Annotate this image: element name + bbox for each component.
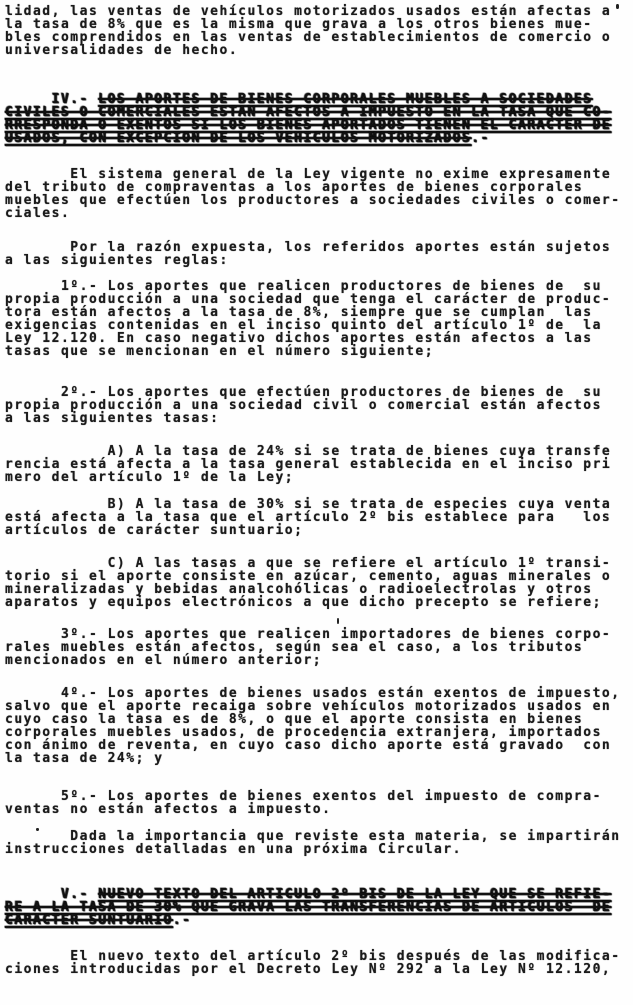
text-line: mencionados en el número anterior; [5,654,631,667]
paragraph: El nuevo texto del artículo 2º bis despu… [5,950,631,976]
paragraph: 4º.- Los aportes de bienes usados están … [5,687,631,765]
heading-line: CARACTER SUNTUARIO.- [5,914,631,927]
paragraph: C) A las tasas a que se refiere el artíc… [5,557,631,609]
heading-underlined-text: USADOS, CON EXCEPCION DE LOS VEHICULOS M… [5,131,471,146]
paragraph: 2º.- Los aportes que efectúen productore… [5,386,631,425]
paragraph: Dada la importancia que reviste esta mat… [5,830,631,856]
paragraph: 5º.- Los aportes de bienes exentos del i… [5,790,631,816]
text-line: ciales. [5,207,631,220]
paragraph: 3º.- Los aportes que realicen importador… [5,628,631,667]
text-line: artículos de carácter suntuario; [5,524,631,537]
section-heading: V.- NUEVO TEXTO DEL ARTICULO 2º BIS DE L… [5,888,631,927]
text-line: a las siguientes reglas: [5,254,631,267]
text-line: instrucciones detalladas en una próxima … [5,843,631,856]
text-line: muebles que efectúen los productores a s… [5,194,631,207]
text-line: mero del artículo 1º de la Ley; [5,471,631,484]
heading-line: USADOS, CON EXCEPCION DE LOS VEHICULOS M… [5,132,631,145]
paragraph: 1º.- Los aportes que realicen productore… [5,280,631,358]
heading-underlined-text: CARACTER SUNTUARIO [5,913,173,928]
text-line: tasas que se mencionan en el número sigu… [5,345,631,358]
text-line: a las siguientes tasas: [5,412,631,425]
heading-suffix: .- [471,131,490,146]
paragraph: A) A la tasa de 24% si se trata de biene… [5,445,631,484]
text-line: universalidades de hecho. [5,44,631,57]
paragraph: B) A la tasa de 30% si se trata de espec… [5,498,631,537]
scan-artifact-speck-mid [337,618,339,624]
scan-artifact-speck-bottom-left [36,828,39,831]
text-line: aparatos y equipos electrónicos a que di… [5,596,631,609]
paragraph: El sistema general de la Ley vigente no … [5,168,631,220]
document-body: lidad, las ventas de vehículos motorizad… [5,0,631,976]
paragraph: lidad, las ventas de vehículos motorizad… [5,5,631,57]
text-line: ciones introducidas por el Decreto Ley N… [5,963,631,976]
heading-suffix: .- [173,913,192,928]
section-heading: IV.- LOS APORTES DE BIENES CORPORALES MU… [5,93,631,145]
text-line: la tasa de 24%; y [5,752,631,765]
scan-artifact-speck-top-right [616,4,619,9]
document-page: lidad, las ventas de vehículos motorizad… [0,0,633,1005]
paragraph: Por la razón expuesta, los referidos apo… [5,241,631,267]
text-line: ventas no están afectos a impuesto. [5,803,631,816]
